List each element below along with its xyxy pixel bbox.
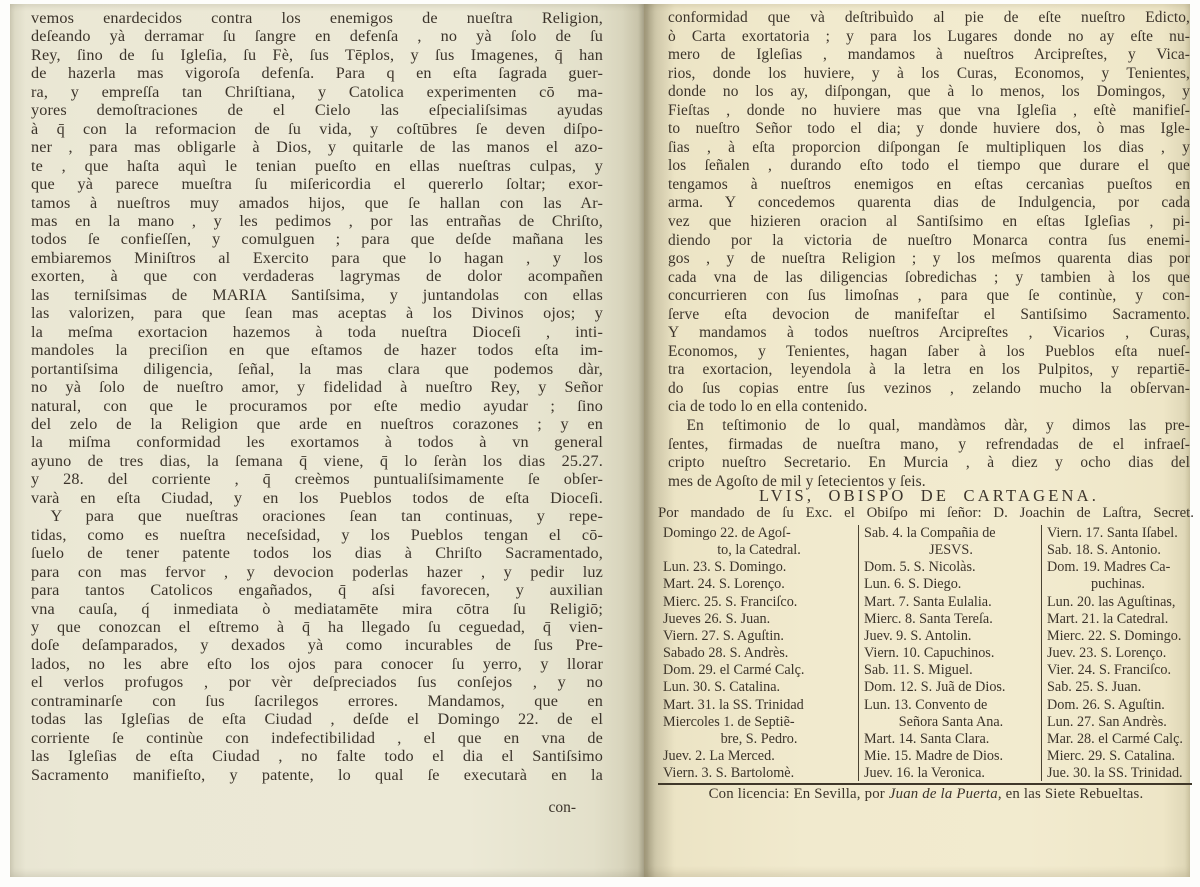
text-line: yores demoſtraciones de el Cielo las eſp…: [31, 101, 603, 119]
text-line: vez que hizieren oracion al Santiſsimo e…: [668, 213, 1190, 232]
schedule-entry: Dom. 26. S. Aguſtin.: [1047, 697, 1189, 714]
schedule-entry: Sab. 11. S. Miguel.: [864, 662, 1038, 679]
text-line: tamos à nueſtros muy amados hijos, que ſ…: [31, 194, 603, 212]
schedule-entry-continuation: bre, S. Pedro.: [663, 731, 855, 748]
text-line: las terniſsimas de MARIA Santiſsima, y j…: [31, 286, 603, 304]
schedule-entry: Mierc. 22. S. Domingo.: [1047, 628, 1189, 645]
left-text-block: vemos enardecidos contra los enemigos de…: [31, 9, 603, 784]
schedule-entry: Mierc. 8. Santa Tereſa.: [864, 611, 1038, 628]
text-line: todos ſe confieſſen, y comulguen ; para …: [31, 230, 603, 248]
text-line: corriente ſe continùe con indefectibilid…: [31, 729, 603, 747]
text-line: te , que haſta aquì le tenian pueſto en …: [31, 157, 603, 175]
text-line: la meſma exortacion hazemos à toda nueſt…: [31, 323, 603, 341]
text-line: gos , y de nueſtra Religion ; y los meſm…: [668, 250, 1190, 269]
text-line: Economos, y Tenientes, hagan ſaber à los…: [668, 343, 1190, 362]
text-line: la miſma conformidad les exortamos à tod…: [31, 433, 603, 451]
text-line: mas en la mano , y les pedimos , por las…: [31, 212, 603, 230]
text-line: y que conozcan el eſtremo à q̄ ha llegad…: [31, 618, 603, 636]
text-line: ſentes, firmadas de nueſtra mano, y refr…: [668, 436, 1190, 455]
schedule-entry: Juev. 9. S. Antolin.: [864, 628, 1038, 645]
schedule-entry: Sab. 4. la Compañia de: [864, 525, 1038, 542]
schedule-entry-continuation: Señora Santa Ana.: [864, 714, 1038, 731]
schedule-entry: Jueves 26. S. Juan.: [663, 611, 855, 628]
text-line: to nueſtro Señor todo el dia; y donde hu…: [668, 120, 1190, 139]
schedule-entry: Mart. 21. la Catedral.: [1047, 611, 1189, 628]
text-line: las valorizen, para que ſean mas aceptas…: [31, 304, 603, 322]
text-line: que yà parece mueſtra ſu miſericordia el…: [31, 175, 603, 193]
text-line: diendo por la victoria de nueſtro Monarc…: [668, 232, 1190, 251]
schedule-entry: Mart. 24. S. Lorenço.: [663, 576, 855, 593]
text-line: à q̄ con la reformacion de ſu vida, y co…: [31, 120, 603, 138]
text-line: vna cauſa, q́ inmediata ò mediatamēte mi…: [31, 600, 603, 618]
schedule-entry: Mie. 15. Madre de Dios.: [864, 748, 1038, 765]
schedule-entry: Viern. 17. Santa Iſabel.: [1047, 525, 1189, 542]
text-line: no yà ſolo de nueſtro amor, y fidelidad …: [31, 378, 603, 396]
text-line: Sacramento manifieſto, y patente, lo qua…: [31, 766, 603, 784]
schedule-entry: Mart. 7. Santa Eulalia.: [864, 594, 1038, 611]
schedule-entry: Lun. 27. San Andrès.: [1047, 714, 1189, 731]
text-line: tra exortacion, leyendola à la letra en …: [668, 361, 1190, 380]
text-line: ner , para mas obligarle à Dios, y quita…: [31, 138, 603, 156]
schedule-entry: Juev. 23. S. Lorenço.: [1047, 645, 1189, 662]
right-text-block: conformidad que và deſtribuìdo al pie de…: [668, 9, 1190, 491]
signature-heading: LVIS, OBISPO DE CARTAGENA.: [668, 486, 1190, 506]
text-line: Rey, ſino de ſu Igleſia, ſu Fè, ſus Tēpl…: [31, 46, 603, 64]
text-line: todas las Igleſias de eſta Ciudad , deſd…: [31, 710, 603, 728]
colophon: Con licencia: En Sevilla, por Juan de la…: [658, 786, 1194, 803]
text-line: mero de Igleſias , mandamos à nueſtros A…: [668, 46, 1190, 65]
text-line: ra, y empreſſa tan Chriſtiana, y Catolic…: [31, 83, 603, 101]
schedule-entry: Sab. 18. S. Antonio.: [1047, 542, 1189, 559]
text-line: para tantos Catolicos engañados, q̄ aſsi…: [31, 581, 603, 599]
schedule-entry: Sab. 25. S. Juan.: [1047, 679, 1189, 696]
text-line: rios, donde los huviere, y à los Curas, …: [668, 65, 1190, 84]
schedule-entry: Mart. 31. la SS. Trinidad: [663, 697, 855, 714]
schedule-column-3: Viern. 17. Santa Iſabel.Sab. 18. S. Anto…: [1041, 525, 1192, 781]
text-line: ſuelo de tener patente todos los dias à …: [31, 544, 603, 562]
text-line: cada vna de las diligencias ſobredichas …: [668, 269, 1190, 288]
text-line: mandoles la preciſion en que eſtamos de …: [31, 341, 603, 359]
catchword: con-: [31, 799, 576, 817]
text-line: ayuno de tres dias, la ſemana q̄ viene, …: [31, 452, 603, 470]
text-line: tengamos à nueſtros enemigos en eſtas ce…: [668, 176, 1190, 195]
schedule-entry-continuation: to, la Catedral.: [663, 542, 855, 559]
text-line: de hazerla mas vigoroſa defenſa. Para q …: [31, 64, 603, 82]
schedule-entry: Dom. 12. S. Juã de Dios.: [864, 679, 1038, 696]
text-line: para con mas fervor , y devocion poderla…: [31, 563, 603, 581]
schedule-entry: Sabado 28. S. Andrès.: [663, 645, 855, 662]
printer-name: Juan de la Puerta: [889, 786, 998, 802]
text-line: ſerve eſta devocion de manifeſtar el San…: [668, 306, 1190, 325]
schedule-entry: Lun. 20. las Aguſtinas,: [1047, 594, 1189, 611]
schedule-entry: Lun. 23. S. Domingo.: [663, 559, 855, 576]
text-line: arma. Y concedemos quarenta dias de Indu…: [668, 194, 1190, 213]
left-page: vemos enardecidos contra los enemigos de…: [10, 4, 644, 877]
colophon-text-after: , en las Siete Rebueltas.: [998, 786, 1144, 802]
exposition-schedule-table: Domingo 22. de Agoſ-to, la Catedral.Lun.…: [658, 525, 1192, 785]
text-line: donde no los ay, diſpongan, que à lo men…: [668, 83, 1190, 102]
schedule-entry: Viern. 27. S. Aguſtin.: [663, 628, 855, 645]
schedule-entry: Viern. 10. Capuchinos.: [864, 645, 1038, 662]
text-line: los ſeñalen , durando eſto todo el tiemp…: [668, 157, 1190, 176]
text-line: conformidad que và deſtribuìdo al pie de…: [668, 9, 1190, 28]
document-scan: vemos enardecidos contra los enemigos de…: [10, 4, 1190, 877]
schedule-entry: Vier. 24. S. Franciſco.: [1047, 662, 1189, 679]
text-line: Fieſtas , donde no huviere mas que vna I…: [668, 102, 1190, 121]
schedule-entry: Miercoles 1. de Septiẽ-: [663, 714, 855, 731]
text-line: el verlos profugos , por vèr deſpreciado…: [31, 673, 603, 691]
schedule-entry: Lun. 13. Convento de: [864, 697, 1038, 714]
colophon-text-before: Con licencia: En Sevilla, por: [709, 786, 889, 802]
text-line: deſeando yà derramar ſu ſangre en defenſ…: [31, 27, 603, 45]
schedule-entry: Mierc. 29. S. Catalina.: [1047, 748, 1189, 765]
mandate-line: Por mandado de ſu Exc. el Obiſpo mi ſeño…: [658, 505, 1194, 522]
text-line: concurrieren con ſus limoſnas , para que…: [668, 287, 1190, 306]
schedule-entry-continuation: JESVS.: [864, 542, 1038, 559]
text-line: varà en eſta Ciudad, y en los Pueblos to…: [31, 489, 603, 507]
text-line: embiaremos Miniſtros al Exercito para qu…: [31, 249, 603, 267]
text-line: portantiſsima diligencia, ſeñal, la mas …: [31, 360, 603, 378]
text-line: ò Carta exortatoria ; y para los Lugares…: [668, 28, 1190, 47]
text-line: cia de todo lo en ella contenido.: [668, 398, 1190, 417]
schedule-entry: Mart. 14. Santa Clara.: [864, 731, 1038, 748]
text-line: vemos enardecidos contra los enemigos de…: [31, 9, 603, 27]
text-line: Y mandamos à todos nueſtros Arcipreſtes …: [668, 324, 1190, 343]
schedule-entry: Mar. 28. el Carmé Calç.: [1047, 731, 1189, 748]
schedule-entry: Viern. 3. S. Bartolomè.: [663, 765, 855, 782]
schedule-entry: Dom. 19. Madres Ca-: [1047, 559, 1189, 576]
schedule-entry: Jue. 30. la SS. Trinidad.: [1047, 765, 1189, 782]
text-line: do ſus copias entre ſus vezinos , zeland…: [668, 380, 1190, 399]
schedule-entry: Lun. 6. S. Diego.: [864, 576, 1038, 593]
text-line: contraminarſe con ſus ſacrilegos errores…: [31, 692, 603, 710]
text-line: y 28. del corriente , q̄ creèmos puntual…: [31, 470, 603, 488]
text-line: doſe deſamparados, y dexados yà como inc…: [31, 636, 603, 654]
text-line: tidas, como es nueſtra neceſsidad, y los…: [31, 526, 603, 544]
text-line: lados, no les abre eſto los ojos para co…: [31, 655, 603, 673]
schedule-entry: Juev. 16. la Veronica.: [864, 765, 1038, 782]
text-line: natural, con que le procuramos por eſte …: [31, 397, 603, 415]
schedule-column-2: Sab. 4. la Compañia deJESVS.Dom. 5. S. N…: [858, 525, 1041, 781]
schedule-entry: Juev. 2. La Merced.: [663, 748, 855, 765]
schedule-entry: Dom. 29. el Carmé Calç.: [663, 662, 855, 679]
schedule-column-1: Domingo 22. de Agoſ-to, la Catedral.Lun.…: [658, 525, 858, 781]
schedule-entry: Lun. 30. S. Catalina.: [663, 679, 855, 696]
text-line: ſias , à eſta proporcion diſpongan ſe mu…: [668, 139, 1190, 158]
schedule-entry: Dom. 5. S. Nicolàs.: [864, 559, 1038, 576]
right-page: conformidad que và deſtribuìdo al pie de…: [644, 4, 1190, 877]
text-line: exorten, à que con verdaderas lagrymas d…: [31, 267, 603, 285]
text-line: las Igleſias de eſta Ciudad , no falte t…: [31, 747, 603, 765]
text-line: del zelo de la Religion que arde en nueſ…: [31, 415, 603, 433]
schedule-entry: Mierc. 25. S. Franciſco.: [663, 594, 855, 611]
text-line: cripto nueſtro Secretario. En Murcia , à…: [668, 454, 1190, 473]
text-line: Y para que nueſtras oraciones ſean tan c…: [31, 507, 603, 525]
schedule-entry: Domingo 22. de Agoſ-: [663, 525, 855, 542]
schedule-entry-continuation: puchinas.: [1047, 576, 1189, 593]
text-line: En teſtimonio de lo qual, mandàmos dàr, …: [668, 417, 1190, 436]
